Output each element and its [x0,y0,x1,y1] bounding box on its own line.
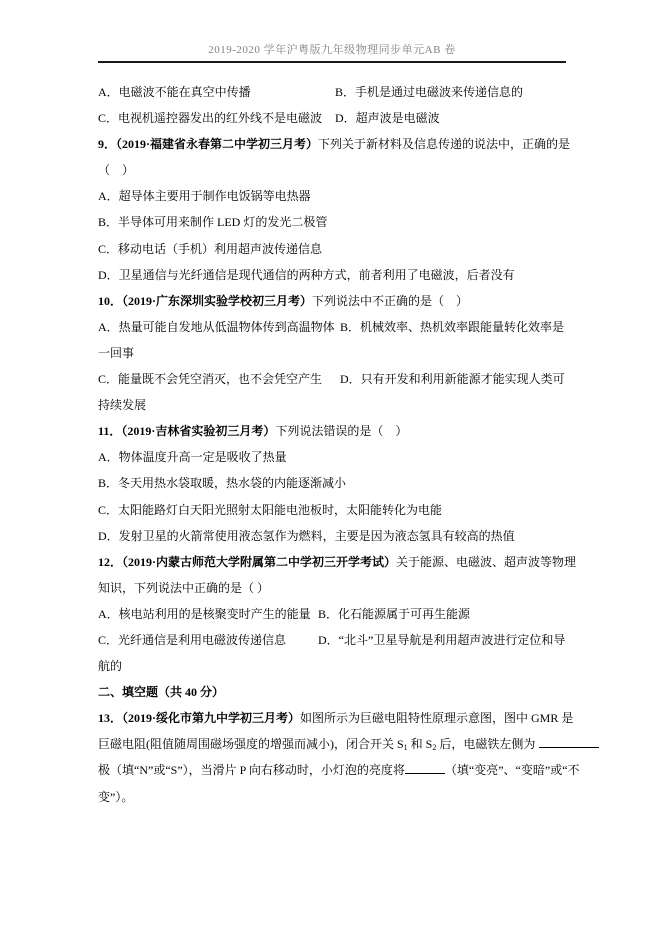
q12-option-b: B．化石能源属于可再生能源 [318,601,470,627]
q12-stem-1: 关于能源、电磁波、超声波等物理 [396,555,576,569]
q8-options-row-cd: C．电视机遥控器发出的红外线不是电磁波 D．超声波是电磁波 [98,105,568,131]
q13-stem-1: 如图所示为巨磁电阻特性原理示意图，图中 GMR 是 [300,711,573,725]
q10-option-c: C．能量既不会凭空消灭，也不会凭空产生 [98,372,322,386]
q12-option-d-cont-row: 航的 [98,653,568,679]
document-body: A．电磁波不能在真空中传播 B．手机是通过电磁波来传递信息的 C．电视机遥控器发… [98,79,568,810]
q10-option-d-cont: 持续发展 [98,398,146,412]
q12-options-row-cd: C．光纤通信是利用电磁波传递信息 D．“北斗”卫星导航是利用超声波进行定位和导 [98,627,568,653]
q11-option-b: B．冬天用热水袋取暖，热水袋的内能逐渐减小 [98,476,346,490]
q13-fill-blank-2 [405,760,445,774]
header-title: 2019-2020 学年沪粤版九年级物理同步单元AB 卷 [98,41,566,57]
q8-option-d: D．超声波是电磁波 [335,105,440,131]
q9-stem: 下列关于新材料及信息传递的说法中，正确的是 [318,137,570,151]
q10-options-row-ab: A．热量可能自发地从低温物体传到高温物体 B．机械效率、热机效率跟能量转化效率是 [98,314,568,340]
q13-line-3: 极（填“N”或“S”），当滑片 P 向右移动时，小灯泡的亮度将（填“变亮”、“变… [98,757,568,783]
q13-line-2: 巨磁电阻(阻值随周围磁场强度的增强而减小)，闭合开关 S1 和 S2 后，电磁铁… [98,731,568,757]
q13-line-4: 变”）。 [98,784,568,810]
q11-option-a-row: A．物体温度升高一定是吸收了热量 [98,444,568,470]
q12-option-c: C．光纤通信是利用电磁波传递信息 [98,633,286,647]
q12-option-a: A．核电站利用的是核聚变时产生的能量 [98,607,311,621]
section-2-heading: 二、填空题（共 40 分） [98,685,224,699]
q10-stem-line: 10．（2019·广东深圳实验学校初三月考）下列说法中不正确的是（ ） [98,288,568,314]
page-header: 2019-2020 学年沪粤版九年级物理同步单元AB 卷 [98,28,566,63]
q9-option-d: D．卫星通信与光纤通信是现代通信的两种方式，前者利用了电磁波，后者没有 [98,268,515,282]
q13-line3-text-2: （填“变亮”、“变暗”或“不 [445,763,580,777]
q12-stem-line-1: 12．（2019·内蒙古师范大学附属第二中学初三开学考试）关于能源、电磁波、超声… [98,549,568,575]
q9-source: 9．（2019·福建省永春第二中学初三月考） [98,137,318,151]
q11-option-b-row: B．冬天用热水袋取暖，热水袋的内能逐渐减小 [98,470,568,496]
q13-line3-text-1: 极（填“N”或“S”），当滑片 P 向右移动时，小灯泡的亮度将 [98,763,405,777]
q10-source: 10．（2019·广东深圳实验学校初三月考） [98,294,312,308]
q13-line2-text-2: 和 S [408,737,433,751]
q9-answer-bracket: （ ） [98,157,568,183]
q10-options-row-cd: C．能量既不会凭空消灭，也不会凭空产生 D．只有开发和利用新能源才能实现人类可 [98,366,568,392]
section-2-heading-row: 二、填空题（共 40 分） [98,679,568,705]
q11-source: 11．（2019·吉林省实验初三月考） [98,424,275,438]
q12-option-d-cont: 航的 [98,659,122,673]
q11-option-c: C．太阳能路灯白天阳光照射太阳能电池板时，太阳能转化为电能 [98,503,442,517]
q9-option-d-row: D．卫星通信与光纤通信是现代通信的两种方式，前者利用了电磁波，后者没有 [98,262,568,288]
q9-option-c-row: C．移动电话（手机）利用超声波传递信息 [98,236,568,262]
q12-stem-2: 知识，下列说法中正确的是（ ） [98,581,269,595]
q12-source: 12．（2019·内蒙古师范大学附属第二中学初三开学考试） [98,555,396,569]
q8-option-c: C．电视机遥控器发出的红外线不是电磁波 [98,111,322,125]
q12-option-d: D．“北斗”卫星导航是利用超声波进行定位和导 [318,627,565,653]
q10-option-b: B．机械效率、热机效率跟能量转化效率是 [340,314,564,340]
q8-option-a: A．电磁波不能在真空中传播 [98,85,251,99]
q10-option-b-cont: 一回事 [98,346,134,360]
q13-stem-line-1: 13．（2019·绥化市第九中学初三月考）如图所示为巨磁电阻特性原理示意图，图中… [98,705,568,731]
q13-fill-blank-1 [539,734,599,748]
q11-stem-line: 11．（2019·吉林省实验初三月考）下列说法错误的是（ ） [98,418,568,444]
q9-stem-line: 9．（2019·福建省永春第二中学初三月考）下列关于新材料及信息传递的说法中，正… [98,131,568,157]
q8-option-b: B．手机是通过电磁波来传递信息的 [335,79,523,105]
q10-option-d: D．只有开发和利用新能源才能实现人类可 [340,366,565,392]
q13-line2-text-1: 巨磁电阻(阻值随周围磁场强度的增强而减小)，闭合开关 S [98,737,404,751]
q12-options-row-ab: A．核电站利用的是核聚变时产生的能量 B．化石能源属于可再生能源 [98,601,568,627]
exam-document-page: 2019-2020 学年沪粤版九年级物理同步单元AB 卷 A．电磁波不能在真空中… [0,0,661,935]
q9-option-c: C．移动电话（手机）利用超声波传递信息 [98,242,322,256]
q9-option-b: B．半导体可用来制作 LED 灯的发光二极管 [98,215,327,229]
q8-options-row-ab: A．电磁波不能在真空中传播 B．手机是通过电磁波来传递信息的 [98,79,568,105]
q9-option-a: A．超导体主要用于制作电饭锅等电热器 [98,189,311,203]
q11-option-c-row: C．太阳能路灯白天阳光照射太阳能电池板时，太阳能转化为电能 [98,497,568,523]
q9-option-a-row: A．超导体主要用于制作电饭锅等电热器 [98,183,568,209]
q13-source: 13．（2019·绥化市第九中学初三月考） [98,711,300,725]
q10-option-a: A．热量可能自发地从低温物体传到高温物体 [98,320,335,334]
q10-option-d-cont-row: 持续发展 [98,392,568,418]
q11-option-d-row: D．发射卫星的火箭常使用液态氢作为燃料，主要是因为液态氢具有较高的热值 [98,523,568,549]
q11-option-a: A．物体温度升高一定是吸收了热量 [98,450,287,464]
q13-line4-text: 变”）。 [98,790,133,804]
q10-option-b-cont-row: 一回事 [98,340,568,366]
q11-option-d: D．发射卫星的火箭常使用液态氢作为燃料，主要是因为液态氢具有较高的热值 [98,529,515,543]
q11-stem: 下列说法错误的是（ ） [275,424,407,438]
q9-bracket: （ ） [98,163,134,177]
q12-stem-line-2: 知识，下列说法中正确的是（ ） [98,575,568,601]
q9-option-b-row: B．半导体可用来制作 LED 灯的发光二极管 [98,209,568,235]
q13-line2-text-3: 后，电磁铁左侧为 [436,737,535,751]
q10-stem: 下列说法中不正确的是（ ） [312,294,468,308]
